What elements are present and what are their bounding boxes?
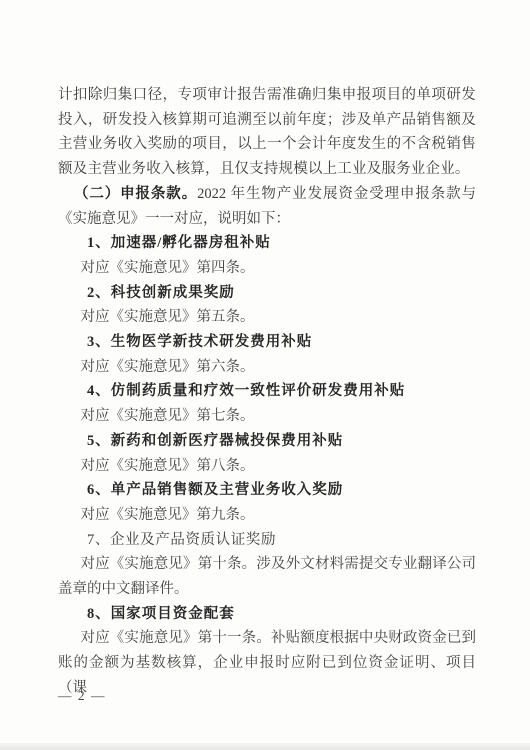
scan-edge-shadow bbox=[0, 743, 530, 750]
list-item-2: 2、科技创新成果奖励 对应《实施意见》第五条。 bbox=[58, 281, 476, 330]
item-body: 对应《实施意见》第九条。 bbox=[58, 503, 476, 528]
list-item-6: 6、单产品销售额及主营业务收入奖励 对应《实施意见》第九条。 bbox=[58, 478, 476, 527]
list-item-5: 5、新药和创新医疗器械投保费用补贴 对应《实施意见》第八条。 bbox=[58, 429, 476, 478]
list-item-4: 4、仿制药质量和疗效一致性评价研发费用补贴 对应《实施意见》第七条。 bbox=[58, 379, 476, 428]
item-title: 6、单产品销售额及主营业务收入奖励 bbox=[58, 478, 476, 503]
continuation-paragraph: 计扣除归集口径，专项审计报告需准确归集申报项目的单项研发投入，研发投入核算期可追… bbox=[58, 83, 476, 182]
item-body: 对应《实施意见》第四条。 bbox=[58, 256, 476, 281]
list-item-1: 1、加速器/孵化器房租补贴 对应《实施意见》第四条。 bbox=[58, 231, 476, 280]
page-number: — 2 — bbox=[58, 688, 106, 704]
item-title: 4、仿制药质量和疗效一致性评价研发费用补贴 bbox=[58, 379, 476, 404]
item-body: 对应《实施意见》第十条。涉及外文材料需提交专业翻译公司盖章的中文翻译件。 bbox=[58, 552, 476, 601]
list-item-3: 3、生物医学新技术研发费用补贴 对应《实施意见》第六条。 bbox=[58, 330, 476, 379]
item-body: 对应《实施意见》第七条。 bbox=[58, 404, 476, 429]
item-title: 2、科技创新成果奖励 bbox=[58, 281, 476, 306]
item-title: 3、生物医学新技术研发费用补贴 bbox=[58, 330, 476, 355]
section-intro-paragraph: （二）申报条款。2022 年生物产业发展资金受理申报条款与《实施意见》一一对应，… bbox=[58, 182, 476, 231]
scanned-document-page: 计扣除归集口径，专项审计报告需准确归集申报项目的单项研发投入，研发投入核算期可追… bbox=[0, 0, 530, 750]
item-title: 7、企业及产品资质认证奖励 bbox=[58, 528, 476, 553]
item-title: 8、国家项目资金配套 bbox=[58, 602, 476, 627]
item-body: 对应《实施意见》第八条。 bbox=[58, 454, 476, 479]
item-body: 对应《实施意见》第五条。 bbox=[58, 305, 476, 330]
document-body: 计扣除归集口径，专项审计报告需准确归集申报项目的单项研发投入，研发投入核算期可追… bbox=[58, 83, 476, 701]
list-item-8: 8、国家项目资金配套 对应《实施意见》第十一条。补贴额度根据中央财政资金已到账的… bbox=[58, 602, 476, 701]
section-label: （二）申报条款。 bbox=[74, 186, 197, 202]
item-title: 5、新药和创新医疗器械投保费用补贴 bbox=[58, 429, 476, 454]
item-title: 1、加速器/孵化器房租补贴 bbox=[58, 231, 476, 256]
list-item-7: 7、企业及产品资质认证奖励 对应《实施意见》第十条。涉及外文材料需提交专业翻译公… bbox=[58, 528, 476, 602]
item-body: 对应《实施意见》第十一条。补贴额度根据中央财政资金已到账的金额为基数核算，企业申… bbox=[58, 626, 476, 700]
item-body: 对应《实施意见》第六条。 bbox=[58, 355, 476, 380]
